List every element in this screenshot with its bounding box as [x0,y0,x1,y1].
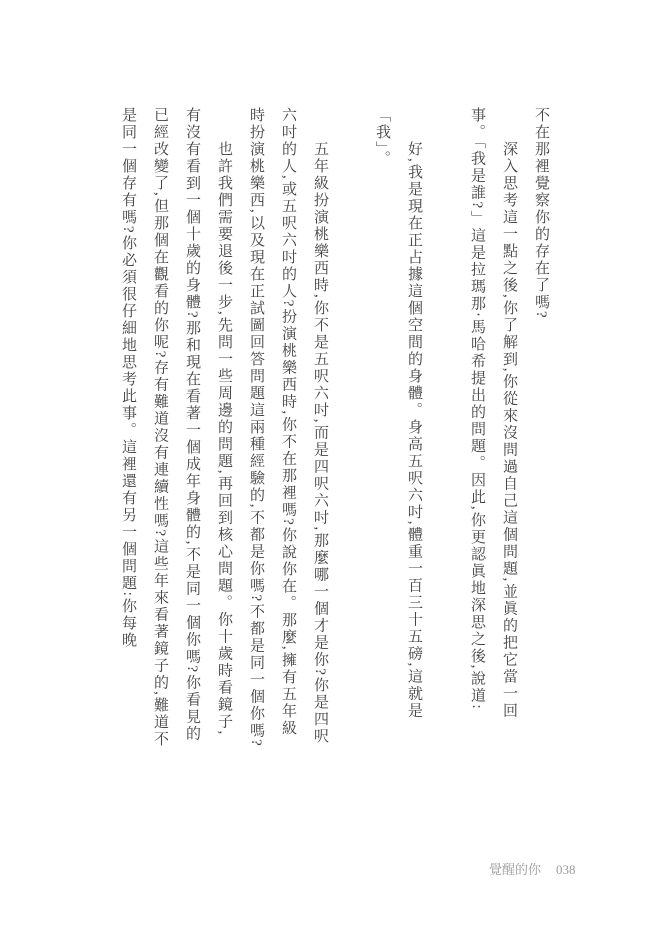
page-number: 038 [556,862,576,878]
page-footer: 覺醒的你 038 [489,859,576,878]
paragraph-continuation: 不在那裡覺察你的存在了嗎? [525,107,557,753]
book-title: 覺醒的你 [489,859,541,878]
paragraph-who-am-i: 深入思考這一點之後,你了解到,你從來沒問過自己這個問題,並眞的把它當一回事。「我… [461,107,525,753]
paragraph-mirror: 也許我們需要退後一步,先問一些周邊的問題,再回到核心問題。你十歲時看鏡子,有沒有… [112,107,240,753]
quote-block: 好,我是現在正占據這個空間的身體。身高五呎六吋,體重一百三十五磅,這就是「我」。 [366,107,430,753]
page-text-block: 不在那裡覺察你的存在了嗎? 深入思考這一點之後,你了解到,你從來沒問過自己這個問… [112,107,557,753]
paragraph-dorothy: 五年級扮演桃樂西時,你不是五呎六吋,而是四呎六吋,那麼哪一個才是你?你是四呎六吋… [240,107,336,753]
book-page: 不在那裡覺察你的存在了嗎? 深入思考這一點之後,你了解到,你從來沒問過自己這個問… [0,0,663,932]
